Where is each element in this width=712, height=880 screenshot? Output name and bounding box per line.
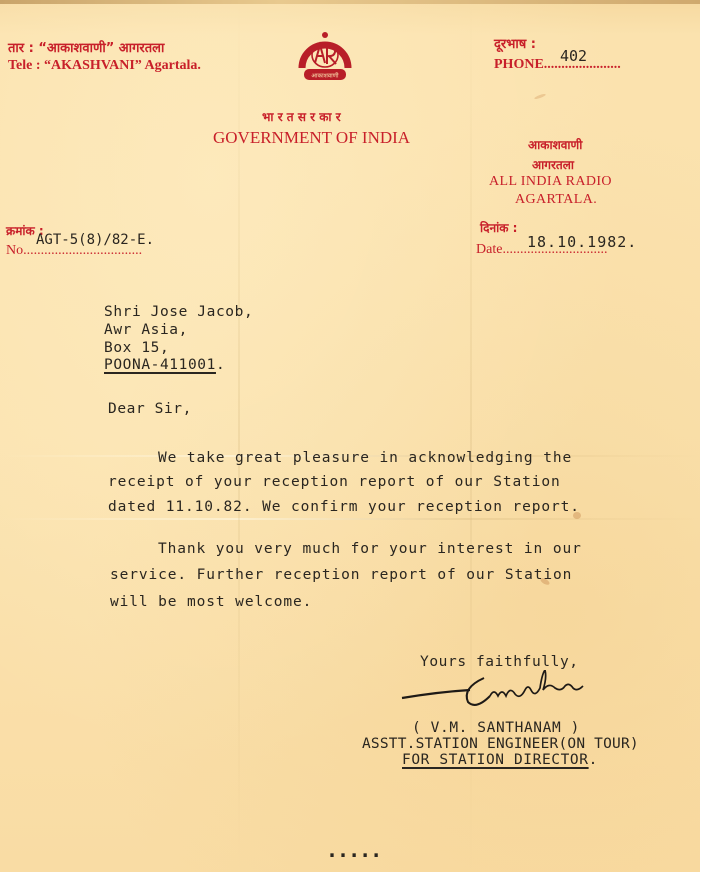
address-city-suffix: . (216, 357, 225, 373)
footer-typed-marks: ..... (326, 838, 381, 862)
station-english-2: AGARTALA. (515, 192, 597, 208)
telegram-label-english: Tele : “AKASHVANI” Agartala. (8, 58, 201, 74)
station-hindi-2: आगरतला (532, 156, 574, 173)
paragraph-2-line: will be most welcome. (110, 594, 312, 610)
ref-label-english: No (6, 243, 23, 258)
paper-stain (534, 93, 546, 100)
address-city-line: POONA-411001. (104, 357, 225, 373)
paragraph-2-line: Thank you very much for your interest in… (158, 541, 582, 557)
address-city: POONA-411001 (104, 357, 216, 373)
paper-stain (573, 512, 581, 519)
date-label-english: Date (476, 242, 502, 257)
paragraph-2-line: service. Further reception report of our… (110, 567, 572, 583)
phone-field: PHONE...................... (494, 57, 621, 73)
phone-label-english: PHONE (494, 57, 544, 72)
ref-value: AGT-5(8)/82-E. (36, 232, 154, 248)
signatory-title: ASSTT.STATION ENGINEER(ON TOUR) (362, 736, 639, 752)
govt-label-hindi: भा र त स र का र (262, 108, 341, 125)
phone-label-hindi: दूरभाष : (494, 34, 536, 52)
air-emblem-icon: आकाशवाणी (296, 28, 354, 82)
station-english-1: ALL INDIA RADIO (489, 174, 612, 190)
telegram-label-hindi: तार : “आकाशवाणी” आगरतला (8, 38, 164, 56)
on-behalf-line: FOR STATION DIRECTOR. (402, 752, 598, 768)
govt-label-english: GOVERNMENT OF INDIA (213, 128, 410, 148)
paragraph-1-line: dated 11.10.82. We confirm your receptio… (108, 499, 580, 515)
on-behalf-suffix: . (589, 752, 598, 768)
paragraph-1-line: We take great pleasure in acknowledging … (158, 450, 572, 466)
on-behalf-of: FOR STATION DIRECTOR (402, 752, 589, 768)
svg-text:आकाशवाणी: आकाशवाणी (311, 72, 339, 80)
station-hindi-1: आकाशवाणी (528, 136, 582, 153)
date-label-hindi: दिनांक : (480, 219, 517, 236)
letter-paper: तार : “आकाशवाणी” आगरतला Tele : “AKASHVAN… (0, 0, 700, 872)
signatory-name: ( V.M. SANTHANAM ) (412, 720, 580, 736)
fold-crease-horizontal (0, 518, 700, 520)
phone-value: 402 (560, 47, 587, 65)
valediction: Yours faithfully, (420, 654, 579, 670)
address-line: Awr Asia, (104, 322, 188, 338)
salutation: Dear Sir, (108, 401, 192, 417)
address-line: Box 15, (104, 340, 169, 356)
date-value: 18.10.1982. (527, 233, 637, 251)
handwritten-signature-icon (398, 670, 638, 720)
address-line: Shri Jose Jacob, (104, 304, 253, 320)
paragraph-1-line: receipt of your reception report of our … (108, 474, 561, 490)
